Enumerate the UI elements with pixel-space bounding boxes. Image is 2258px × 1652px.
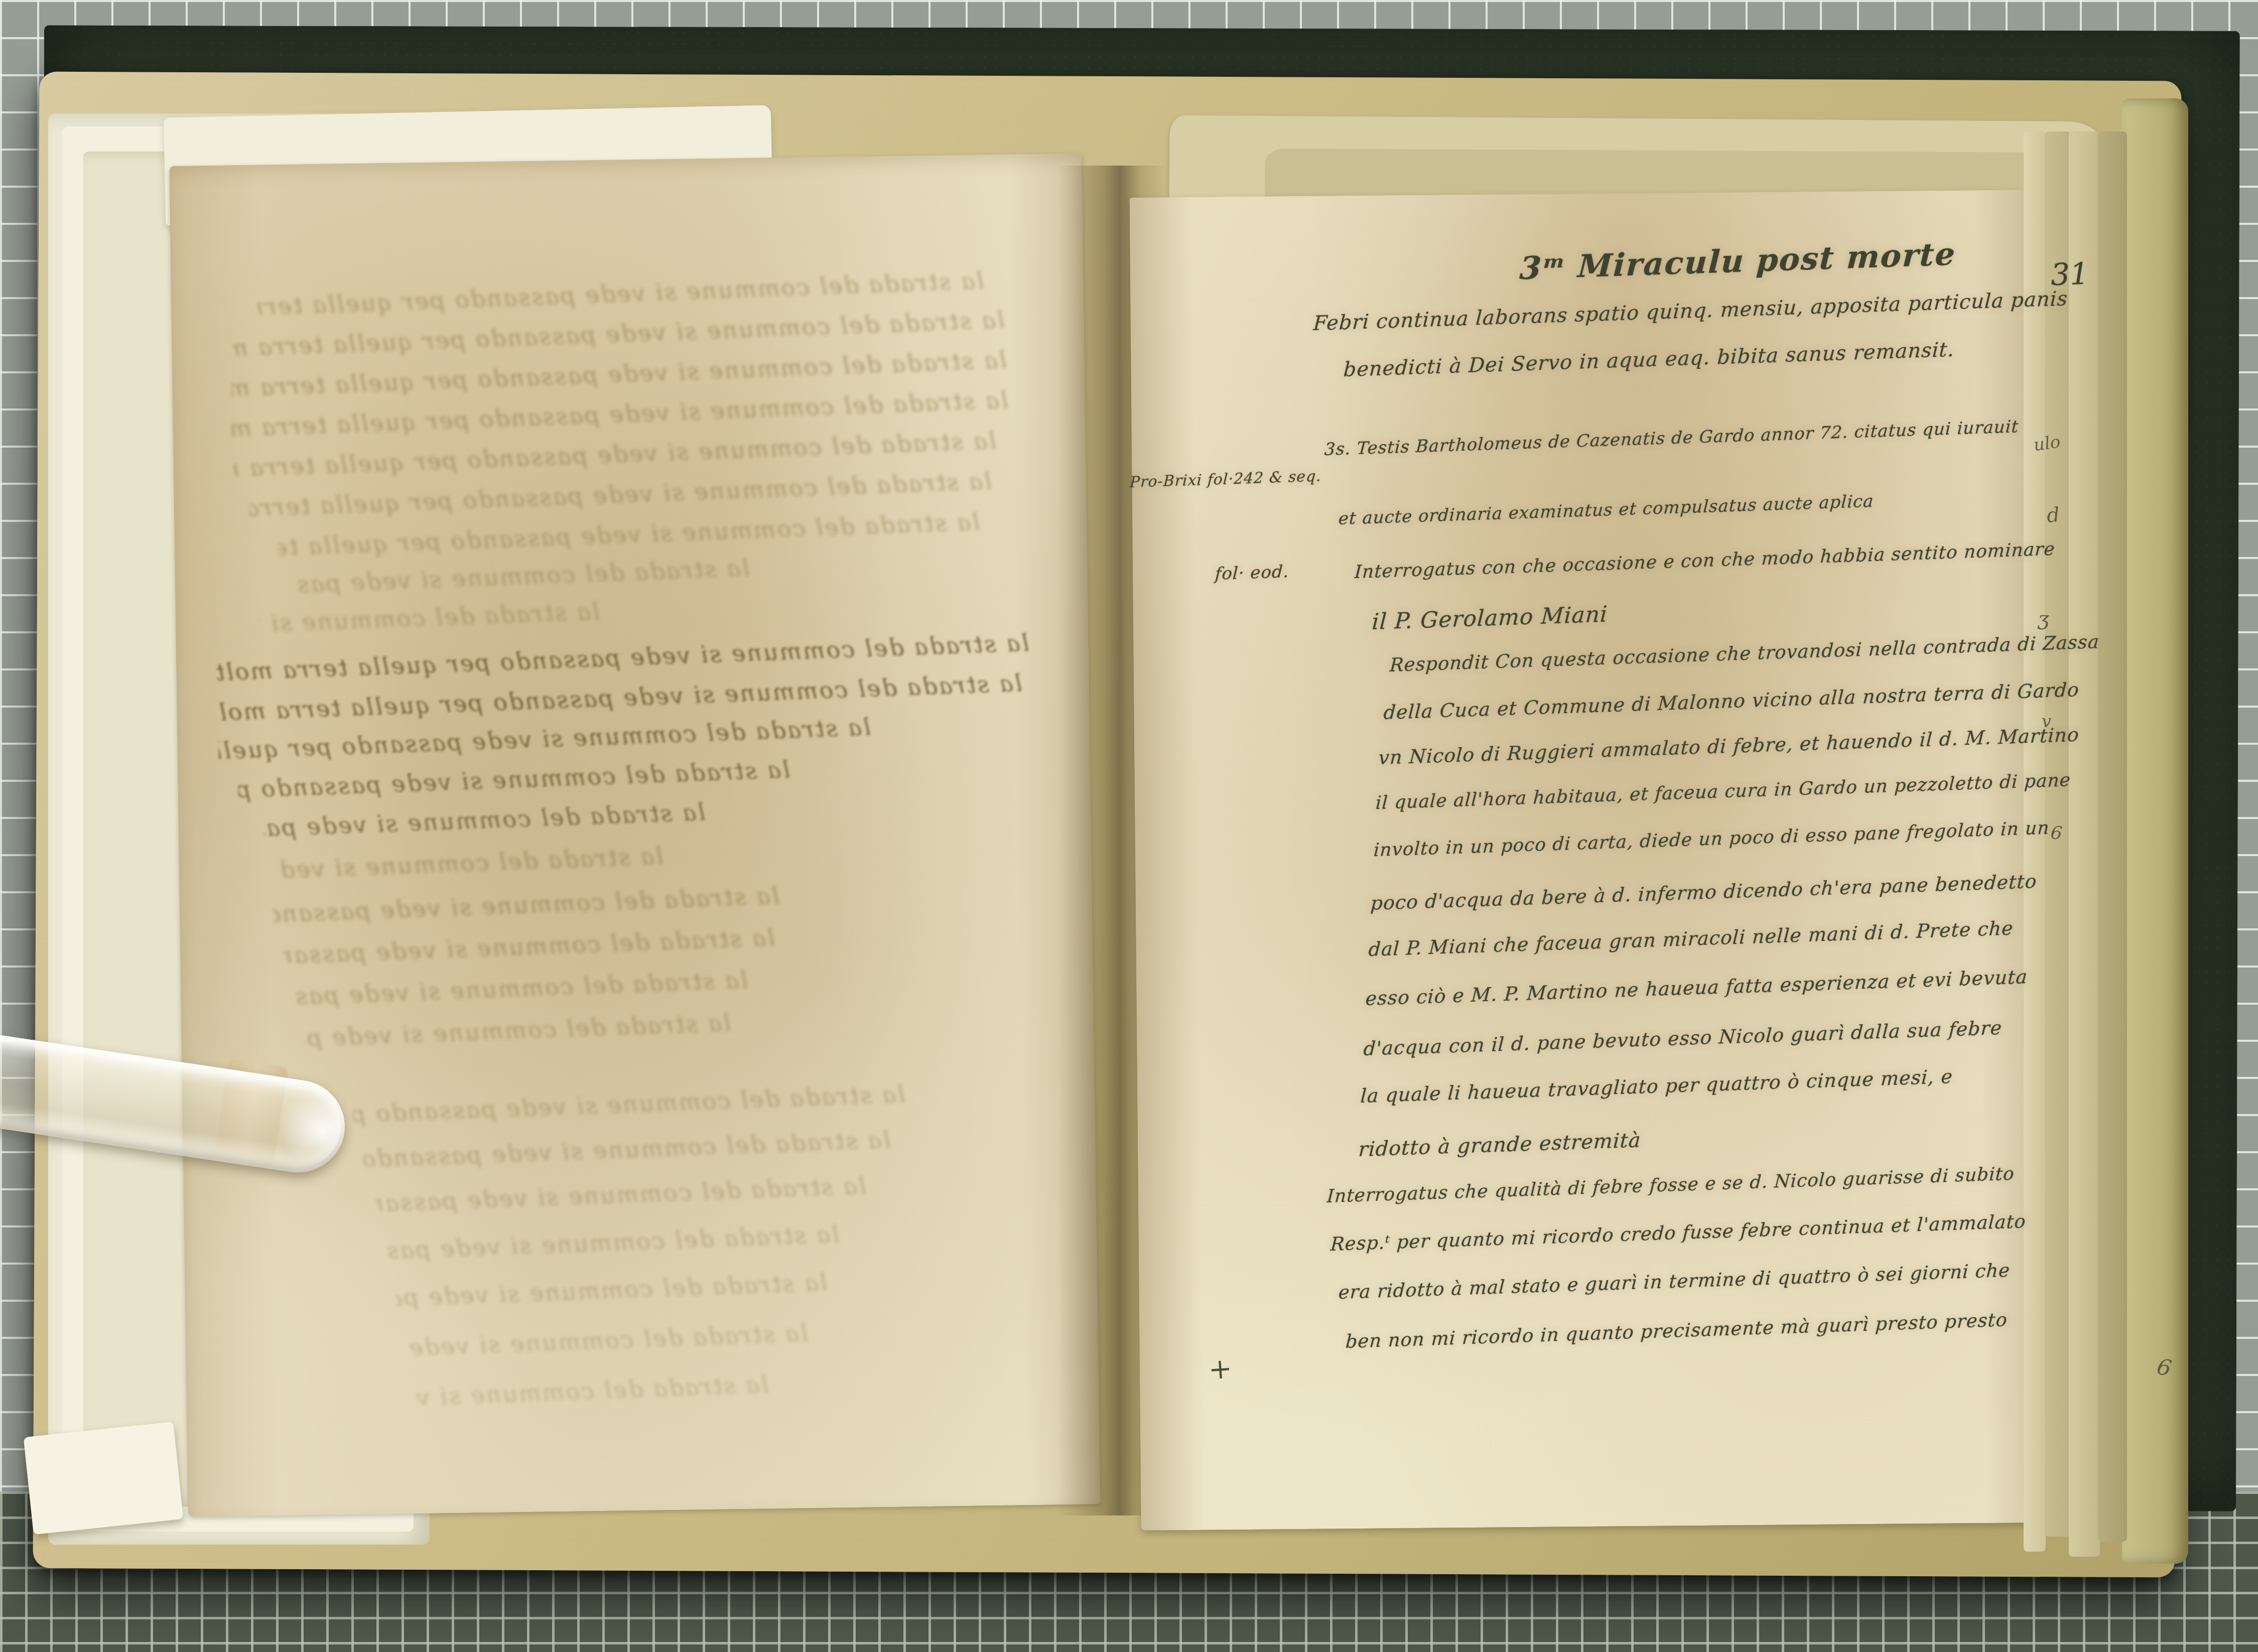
- bleedthrough-text-line: la strada del commune si vede passando p…: [283, 921, 775, 972]
- bleedthrough-text-line: la strada del commune si vede passando p…: [406, 1317, 809, 1363]
- margin-cross-mark: +: [1208, 1352, 1233, 1386]
- fore-edge-ink-mark: d: [2046, 503, 2061, 527]
- fore-edge-ink-mark: 6: [2050, 822, 2063, 844]
- bleedthrough-text-line: la strada del commune si vede passando p…: [282, 840, 664, 886]
- photograph-of-manuscript: { "scene": { "description": "Archival ph…: [0, 0, 2258, 1652]
- fore-edge-leaves: [2098, 131, 2127, 1542]
- bleedthrough-text-line: la strada del commune si vede passando p…: [395, 1266, 828, 1314]
- bleedthrough-text-line: la strada del commune si vede passando p…: [293, 964, 748, 1013]
- bleedthrough-text-line: la strada del commune si vede passando p…: [272, 880, 780, 930]
- bleedthrough-text-line: la strada del commune si vede passando p…: [374, 1170, 867, 1220]
- fore-edge-ink-mark: ʒ: [2038, 607, 2049, 630]
- bleedthrough-text-line: la strada del commune si vede passando: [417, 1368, 769, 1413]
- margin-note: fol· eod.: [1215, 562, 1290, 584]
- bleedthrough-text-line: la strada del commune si vede passando p…: [263, 796, 706, 844]
- fore-edge-leaves: [2024, 131, 2046, 1552]
- fore-edge-leaves: [2069, 131, 2100, 1557]
- bleedthrough-text-line: la strada del commune si vede passando p…: [363, 1124, 891, 1175]
- fore-edge-ink-mark: ulo: [2032, 432, 2061, 455]
- fore-edge-ink-mark: v: [2042, 712, 2051, 732]
- bleedthrough-text-line: la strada del commune si vede passando p…: [353, 1078, 906, 1130]
- left-page-verso: la strada del commune si vede passando p…: [169, 153, 1100, 1517]
- cover-right-edge: [2122, 98, 2188, 1564]
- bleedthrough-text-line: la strada del commune si vede passando p…: [384, 1218, 840, 1267]
- bleedthrough-text-line: la strada del commune si vede passando: [258, 595, 600, 640]
- bleedthrough-text-line: la strada del commune si vede passando p…: [304, 1007, 732, 1054]
- paper-slip: [24, 1422, 184, 1535]
